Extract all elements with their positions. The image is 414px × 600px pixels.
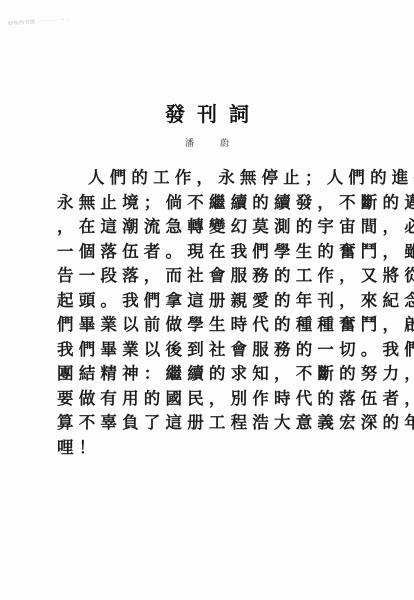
text-line: 哩！ [57, 436, 361, 461]
text-line: 們畢業以前做學生時代的種種奮鬥，啟發 [57, 313, 361, 338]
page-title: 發刊詞 [0, 98, 414, 127]
text-line: 人們的工作，永無停止；人們的進化 [57, 166, 361, 191]
text-line: 告一段落，而社會服務的工作，又將從此 [57, 264, 361, 289]
text-line: 我們畢業以後到社會服務的一切。我們要 [57, 338, 361, 363]
scan-watermark: 好东西书馆 ·········· ·· · [8, 16, 69, 27]
text-line: 起頭。我們拿這册親愛的年刊，來紀念我 [57, 289, 361, 314]
text-line: 要做有用的國民，別作時代的落伍者，纔 [57, 387, 361, 412]
text-line: 算不辜負了這册工程浩大意義宏深的年刊 [57, 411, 361, 436]
text-line: 一個落伍者。現在我們學生的奮鬥，雖是 [57, 240, 361, 265]
author-name: 潘蔚 [0, 136, 414, 149]
text-line: 永無止境；倘不繼續的續發，不斷的邁進 [57, 191, 361, 216]
text-line: ，在這潮流急轉變幻莫測的宇宙間，必是 [57, 215, 361, 240]
text-line: 團結精神：繼續的求知，不斷的努力， [57, 362, 361, 387]
body-paragraph: 人們的工作，永無停止；人們的進化 永無止境；倘不繼續的續發，不斷的邁進 ，在這潮… [57, 166, 361, 460]
